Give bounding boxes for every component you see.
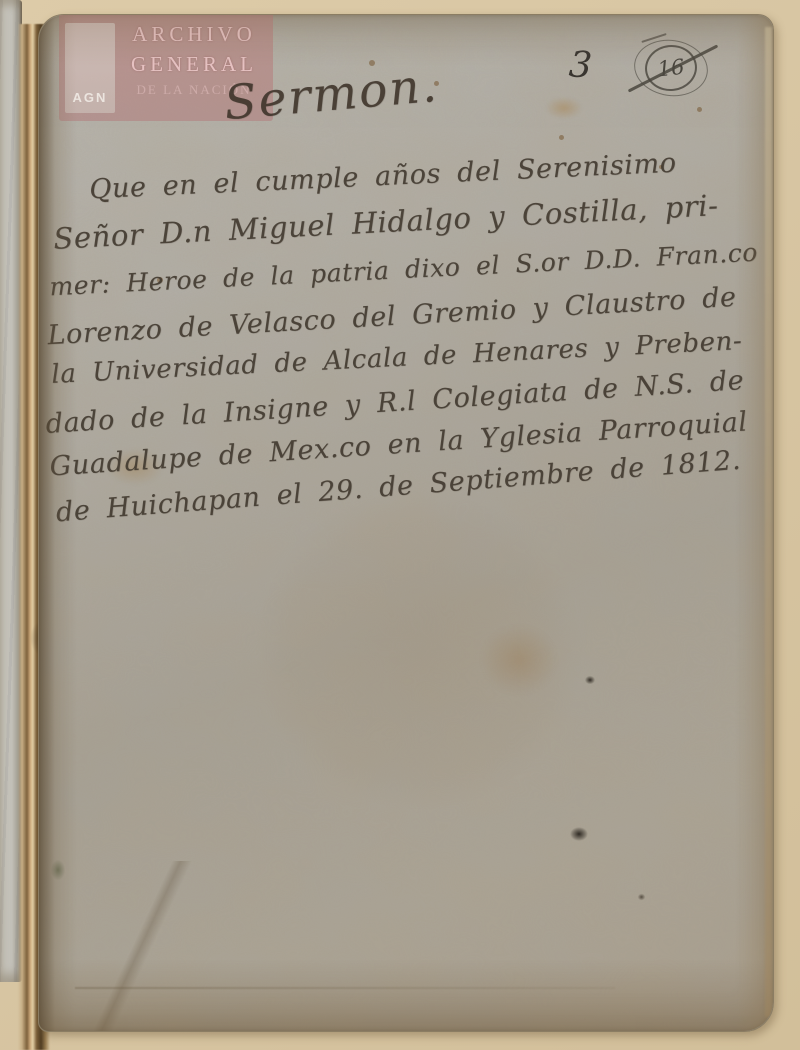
stamp-line-1: ARCHIVO — [119, 19, 269, 49]
stain — [539, 93, 589, 123]
fleck — [697, 107, 702, 112]
stamp-monogram: AGN — [73, 90, 108, 105]
fleck — [559, 135, 564, 140]
ink-spot — [584, 675, 596, 685]
ink-spot — [570, 827, 588, 841]
annotation-page-number: 3 — [568, 44, 594, 86]
scan-stage: AGN ARCHIVO GENERAL DE LA NACIÓN 3 16 Se… — [0, 0, 800, 1050]
ink-spot — [637, 893, 646, 901]
corner-crease — [39, 861, 249, 1031]
annotation-crossed-number: 16 — [639, 43, 703, 93]
stamp-monogram-block: AGN — [65, 23, 115, 113]
foxing-stain — [464, 610, 574, 710]
gutter-shadow — [39, 15, 55, 1031]
scan-background: { "archive_stamp": { "line1": "ARCHIVO",… — [0, 0, 800, 1050]
page-right-edge — [765, 27, 772, 1017]
manuscript-page: AGN ARCHIVO GENERAL DE LA NACIÓN 3 16 Se… — [38, 14, 774, 1032]
